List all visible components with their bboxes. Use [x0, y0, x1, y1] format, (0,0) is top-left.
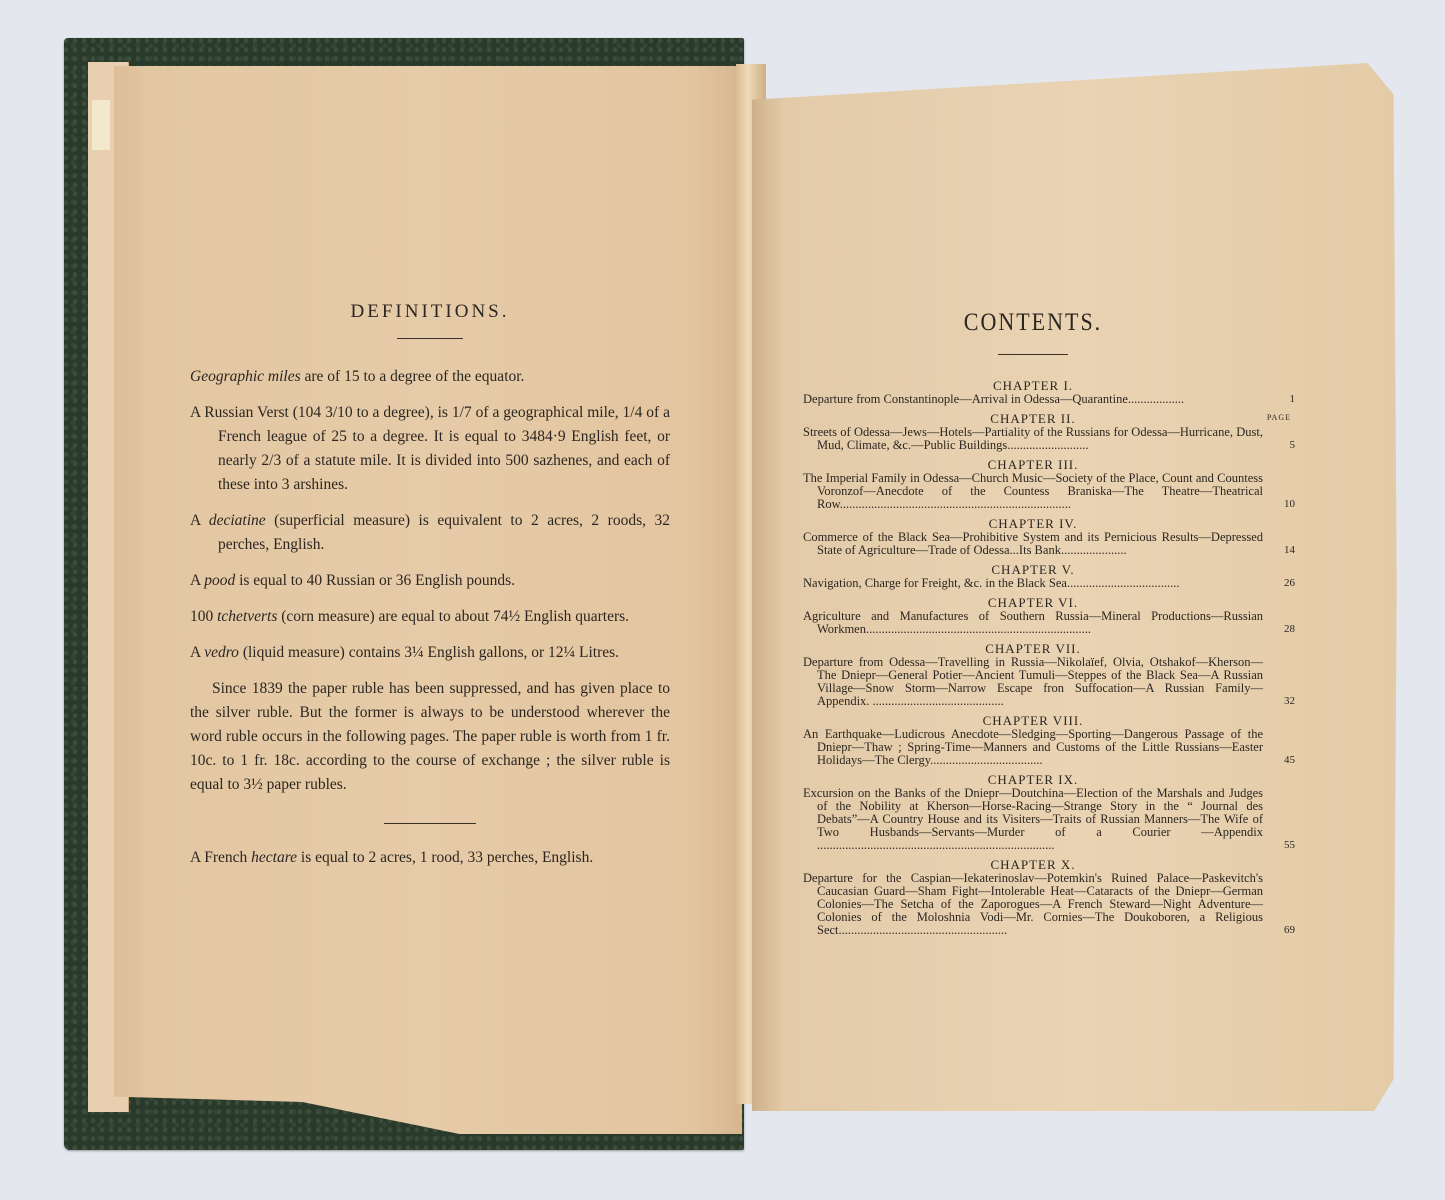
- chapter-title: CHAPTER IV.: [803, 517, 1263, 530]
- chapter-title: CHAPTER VII.: [803, 642, 1263, 655]
- chapter-entry: CHAPTER II. Streets of Odessa—Jews—Hotel…: [803, 412, 1263, 452]
- chapter-page: 1: [1290, 393, 1296, 406]
- chapter-page: 55: [1284, 839, 1295, 852]
- chapter-page: 45: [1284, 754, 1295, 767]
- chapter-page: 5: [1290, 439, 1296, 452]
- chapter-description: Agriculture and Manufactures of Southern…: [803, 610, 1263, 636]
- chapter-title: CHAPTER II.: [803, 412, 1263, 425]
- endpaper-tab: [92, 100, 110, 150]
- contents-section: CONTENTS. PAGE CHAPTER I. Departure from…: [803, 315, 1263, 943]
- chapter-description: An Earthquake—Ludicrous Anecdote—Sledgin…: [803, 728, 1263, 767]
- definition-entry: 100 tchetverts (corn measure) are equal …: [190, 605, 670, 629]
- title-rule: [998, 354, 1068, 355]
- chapter-description: Departure for the Caspian—Iekaterinoslav…: [803, 872, 1263, 937]
- ruble-paragraph: Since 1839 the paper ruble has been supp…: [190, 677, 670, 797]
- chapter-page: 28: [1284, 623, 1295, 636]
- chapter-entry: CHAPTER VI. Agriculture and Manufactures…: [803, 596, 1263, 636]
- chapter-entry: CHAPTER V. Navigation, Charge for Freigh…: [803, 563, 1263, 590]
- chapter-title: CHAPTER VIII.: [803, 714, 1263, 727]
- chapter-entry: CHAPTER X. Departure for the Caspian—Iek…: [803, 858, 1263, 937]
- title-rule: [397, 338, 463, 339]
- chapter-title: CHAPTER III.: [803, 458, 1263, 471]
- chapter-page: 69: [1284, 924, 1295, 937]
- contents-title: CONTENTS.: [803, 314, 1263, 329]
- chapter-description: Streets of Odessa—Jews—Hotels—Partiality…: [803, 426, 1263, 452]
- page-column-header: PAGE: [1267, 411, 1291, 424]
- chapter-title: CHAPTER VI.: [803, 596, 1263, 609]
- definition-entry: A pood is equal to 40 Russian or 36 Engl…: [190, 569, 670, 593]
- chapter-entry: CHAPTER VII. Departure from Odessa—Trave…: [803, 642, 1263, 708]
- chapter-page: 26: [1284, 577, 1295, 590]
- definition-entry: A Russian Verst (104 3/10 to a degree), …: [190, 401, 670, 497]
- chapter-title: CHAPTER X.: [803, 858, 1263, 871]
- chapter-page: 32: [1284, 695, 1295, 708]
- chapter-description: Departure from Constantinople—Arrival in…: [803, 393, 1263, 406]
- definition-entry: Geographic miles are of 15 to a degree o…: [190, 365, 670, 389]
- chapter-entry: CHAPTER IV. Commerce of the Black Sea—Pr…: [803, 517, 1263, 557]
- chapter-page: 10: [1284, 498, 1295, 511]
- chapter-description: Commerce of the Black Sea—Prohibitive Sy…: [803, 531, 1263, 557]
- definitions-title: DEFINITIONS.: [190, 300, 670, 324]
- chapter-title: CHAPTER I.: [803, 379, 1263, 392]
- chapter-entry: CHAPTER IX. Excursion on the Banks of th…: [803, 773, 1263, 852]
- definitions-section: DEFINITIONS. Geographic miles are of 15 …: [190, 300, 670, 882]
- chapter-entry: CHAPTER VIII. An Earthquake—Ludicrous An…: [803, 714, 1263, 767]
- definition-entry: A vedro (liquid measure) contains 3¼ Eng…: [190, 641, 670, 665]
- chapter-entry: CHAPTER III. The Imperial Family in Odes…: [803, 458, 1263, 511]
- chapter-description: Departure from Odessa—Travelling in Russ…: [803, 656, 1263, 708]
- definition-entry: A deciatine (superficial measure) is equ…: [190, 509, 670, 557]
- chapter-description: Excursion on the Banks of the Dniepr—Dou…: [803, 787, 1263, 852]
- chapter-page: 14: [1284, 544, 1295, 557]
- chapter-description: Navigation, Charge for Freight, &c. in t…: [803, 577, 1263, 590]
- chapter-description: The Imperial Family in Odessa—Church Mus…: [803, 472, 1263, 511]
- chapter-title: CHAPTER V.: [803, 563, 1263, 576]
- section-rule: [384, 823, 476, 824]
- hectare-entry: A French hectare is equal to 2 acres, 1 …: [190, 846, 670, 870]
- chapter-entry: CHAPTER I. Departure from Constantinople…: [803, 379, 1263, 406]
- chapter-title: CHAPTER IX.: [803, 773, 1263, 786]
